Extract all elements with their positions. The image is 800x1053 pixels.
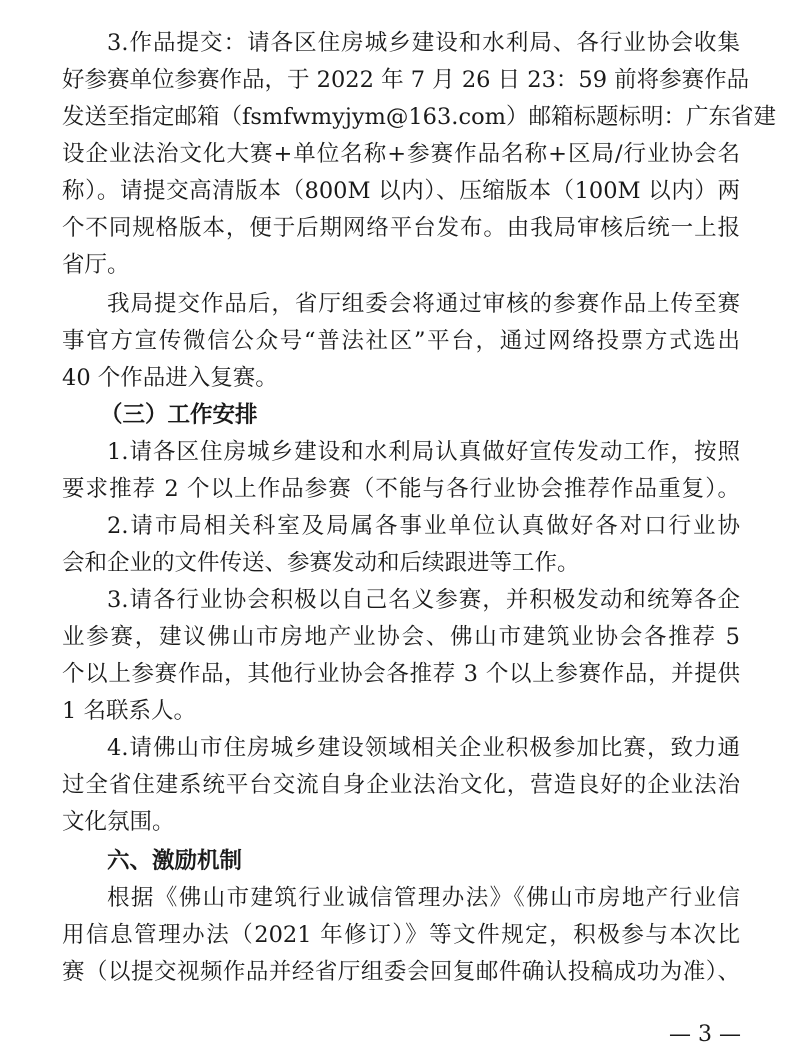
paragraph-line: 2.请市局相关科室及局属各事业单位认真做好各对口行业协: [107, 508, 740, 544]
paragraph-line: 用信息管理办法（2021 年修订）》等文件规定，积极参与本次比: [62, 917, 740, 953]
paragraph-line: 3.请各行业协会积极以自己名义参赛，并积极发动和统筹各企: [107, 582, 740, 618]
paragraph-line: 省厅。: [62, 247, 740, 283]
paragraph-line: 文化氛围。: [62, 804, 740, 840]
paragraph-line: 1.请各区住房城乡建设和水利局认真做好宣传发动工作，按照: [107, 434, 740, 470]
paragraph-line: 设企业法治文化大赛+单位名称+参赛作品名称+区局/行业协会名: [62, 136, 740, 172]
paragraph-line: 会和企业的文件传送、参赛发动和后续跟进等工作。: [62, 545, 740, 581]
document-page: 3.作品提交：请各区住房城乡建设和水利局、各行业协会收集 好参赛单位参赛作品，于…: [0, 0, 800, 1053]
paragraph-line: 1 名联系人。: [62, 693, 740, 729]
section-subheading: （三）工作安排: [100, 397, 778, 433]
paragraph-line: 根据《佛山市建筑行业诚信管理办法》《佛山市房地产行业信: [107, 880, 740, 916]
paragraph-line: 要求推荐 2 个以上作品参赛（不能与各行业协会推荐作品重复）。: [62, 471, 740, 507]
paragraph-line: 个以上参赛作品，其他行业协会各推荐 3 个以上参赛作品，并提供: [62, 656, 740, 692]
paragraph-line: 业参赛，建议佛山市房地产业协会、佛山市建筑业协会各推荐 5: [62, 619, 740, 655]
paragraph-line: 个不同规格版本，便于后期网络平台发布。由我局审核后统一上报: [62, 210, 740, 246]
paragraph-line: 好参赛单位参赛作品，于 2022 年 7 月 26 日 23：59 前将参赛作品: [62, 62, 740, 98]
paragraph-line: 发送至指定邮箱（fsmfwmyjym@163.com）邮箱标题标明：广东省建: [62, 99, 740, 135]
paragraph-line: 过全省住建系统平台交流自身企业法治文化，营造良好的企业法治: [62, 767, 740, 803]
page-number: — 3 —: [660, 1020, 750, 1050]
paragraph-line: 4.请佛山市住房城乡建设领域相关企业积极参加比赛，致力通: [107, 730, 740, 766]
paragraph-line: 事官方宣传微信公众号“普法社区”平台，通过网络投票方式选出: [62, 323, 740, 359]
section-heading: 六、激励机制: [107, 843, 740, 879]
paragraph-line: 赛（以提交视频作品并经省厅组委会回复邮件确认投稿成功为准）、: [62, 954, 740, 990]
paragraph-line: 3.作品提交：请各区住房城乡建设和水利局、各行业协会收集: [107, 25, 740, 61]
paragraph-line: 我局提交作品后，省厅组委会将通过审核的参赛作品上传至赛: [107, 286, 740, 322]
paragraph-line: 称）。请提交高清版本（800M 以内）、压缩版本（100M 以内）两: [62, 173, 740, 209]
paragraph-line: 40 个作品进入复赛。: [62, 360, 740, 396]
